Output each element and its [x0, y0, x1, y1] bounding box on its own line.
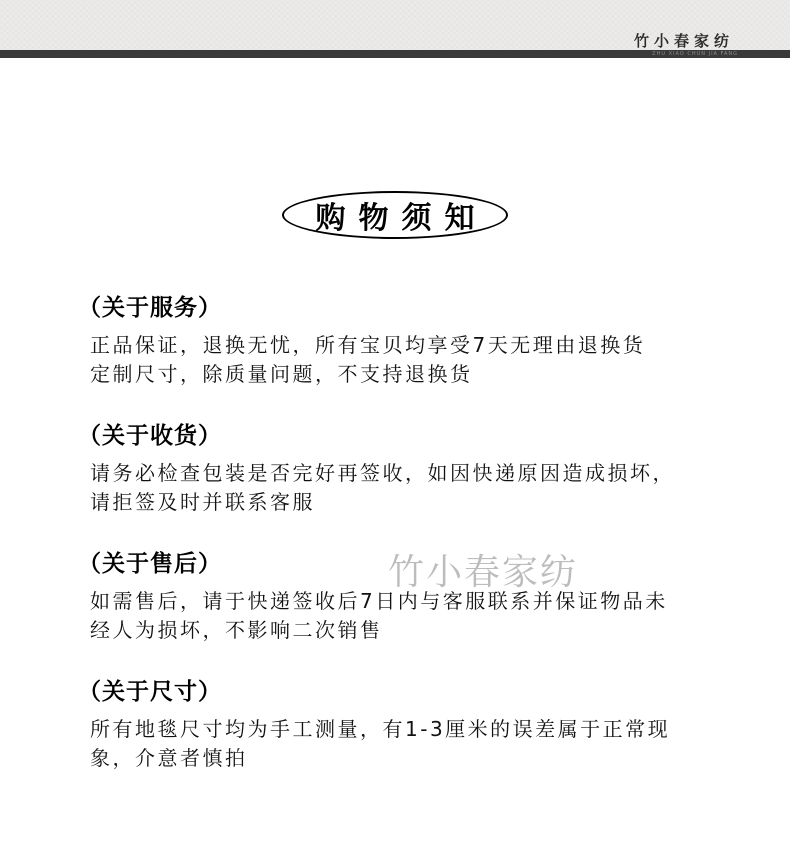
section-service-line-2: 定制尺寸，除质量问题，不支持退换货: [0, 360, 790, 389]
header-divider-bar: ZHU XIAO CHUN JIA FANG: [0, 50, 790, 58]
section-aftersale: （关于售后） 如需售后，请于快递签收后7日内与客服联系并保证物品未 经人为损坏，…: [0, 550, 790, 645]
notice-title-oval: 购物须知: [282, 191, 508, 239]
section-aftersale-heading: （关于售后）: [0, 550, 790, 578]
section-service-line-1: 正品保证，退换无忧，所有宝贝均享受7天无理由退换货: [0, 331, 790, 360]
section-delivery-line-1: 请务必检查包装是否完好再签收，如因快递原因造成损坏，: [0, 459, 790, 488]
section-aftersale-line-2: 经人为损坏，不影响二次销售: [0, 616, 790, 645]
shopping-notice-page: 竹小春家纺 ZHU XIAO CHUN JIA FANG 购物须知 竹小春家纺 …: [0, 0, 790, 846]
section-delivery: （关于收货） 请务必检查包装是否完好再签收，如因快递原因造成损坏， 请拒签及时并…: [0, 422, 790, 517]
section-size-line-1: 所有地毯尺寸均为手工测量，有1-3厘米的误差属于正常现: [0, 715, 790, 744]
brand-logo-subtext: ZHU XIAO CHUN JIA FANG: [652, 50, 738, 58]
section-size-heading: （关于尺寸）: [0, 678, 790, 706]
section-aftersale-line-1: 如需售后，请于快递签收后7日内与客服联系并保证物品未: [0, 587, 790, 616]
brand-logo: 竹小春家纺: [634, 33, 734, 49]
section-service: （关于服务） 正品保证，退换无忧，所有宝贝均享受7天无理由退换货 定制尺寸，除质…: [0, 294, 790, 389]
section-size-line-2: 象，介意者慎拍: [0, 744, 790, 773]
section-delivery-line-2: 请拒签及时并联系客服: [0, 488, 790, 517]
section-service-heading: （关于服务）: [0, 294, 790, 322]
header-band: 竹小春家纺: [0, 0, 790, 50]
section-delivery-heading: （关于收货）: [0, 422, 790, 450]
section-size: （关于尺寸） 所有地毯尺寸均为手工测量，有1-3厘米的误差属于正常现 象，介意者…: [0, 678, 790, 773]
page-title: 购物须知: [303, 193, 488, 237]
notice-sections: （关于服务） 正品保证，退换无忧，所有宝贝均享受7天无理由退换货 定制尺寸，除质…: [0, 294, 790, 773]
